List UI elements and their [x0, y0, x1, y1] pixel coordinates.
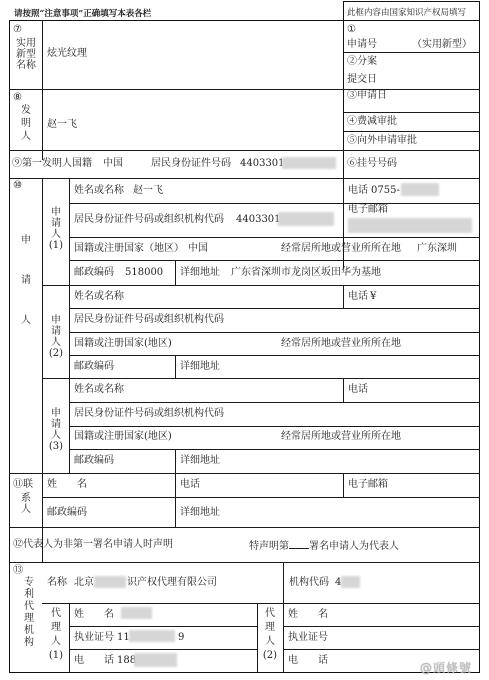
first-inventor-id-label: 居民身份证件号码	[151, 158, 231, 170]
row-line	[42, 497, 480, 498]
form-instruction: 请按照“注意事项”正确填写本表各栏	[14, 8, 151, 20]
label-line: 理	[14, 613, 44, 625]
office-item1-label: 申请号	[347, 39, 377, 51]
agent-2-name-label: 姓 名	[288, 609, 328, 621]
applicant-1-residence-label: 经常居所地或营业所所在地	[281, 243, 401, 255]
inventor-name-field[interactable]: 赵一飞	[47, 119, 77, 131]
redacted-block	[94, 576, 126, 588]
row-line	[343, 131, 480, 132]
table-left-border	[9, 20, 10, 673]
office-box-left-border-top	[343, 1, 344, 20]
label-line: (2)	[43, 348, 69, 359]
row-line	[69, 237, 480, 238]
applicant-2-name-label: 姓名或名称	[74, 291, 124, 303]
agency-name-label: 名称	[47, 577, 67, 589]
utility-model-name-field[interactable]: 炫光纹理	[47, 48, 87, 60]
contact-label-head: ⑪联	[13, 479, 33, 491]
row-line	[283, 626, 480, 627]
office-item5-label: ⑤向外申请审批	[347, 135, 417, 147]
office-item2-label: ②分案	[347, 56, 377, 68]
applicant-3-id-label: 居民身份证件号码或组织机构代码	[74, 408, 224, 420]
col-line	[69, 178, 70, 474]
label-line: 代	[257, 607, 283, 621]
label-line: 代	[14, 601, 44, 613]
col-line	[175, 449, 176, 473]
label-line: 代	[43, 607, 69, 621]
label-line: 人	[43, 337, 69, 348]
row-line	[9, 178, 480, 179]
row-line	[9, 527, 480, 528]
label-line: 实用	[11, 38, 41, 49]
first-inventor-nationality-field[interactable]: 中国	[103, 158, 123, 170]
contact-num: ⑪	[13, 479, 23, 490]
row-line	[9, 473, 480, 474]
watermark: @頭條號	[420, 659, 472, 676]
row-line	[69, 449, 480, 450]
redacted-block	[121, 607, 152, 619]
applicants-label: 申 请 人	[11, 221, 41, 341]
applicant-3-label: 申 请 人 (3)	[43, 408, 69, 452]
table-right-border	[479, 20, 480, 673]
applicant-3-name-label: 姓名或名称	[74, 384, 124, 396]
row-line	[69, 308, 480, 309]
row-line	[69, 355, 480, 356]
applicant-2-address-label: 详细地址	[180, 361, 220, 373]
applicant-1-id-label: 居民身份证件号码或组织机构代码	[74, 214, 224, 226]
row-line	[9, 150, 480, 151]
contact-phone-label: 电话	[180, 479, 200, 491]
agent-1-license-label: 执业证号	[74, 632, 114, 644]
redacted-block	[129, 630, 175, 642]
inventor-num: ⑧	[13, 92, 22, 104]
col-line	[343, 285, 344, 308]
row-line	[42, 285, 480, 286]
row-line	[283, 649, 480, 650]
office-item6-label: ⑥挂号号码	[347, 158, 397, 170]
label-line: 名称	[11, 60, 41, 71]
contact-postcode-label: 邮政编码	[47, 507, 87, 519]
office-item1-type: （实用新型）	[412, 39, 472, 51]
agency-code-label: 机构代码	[289, 577, 329, 589]
agent-2-label: 代 理 人 (2)	[257, 607, 283, 663]
applicant-order-blank[interactable]	[289, 539, 309, 549]
label-line: 发	[11, 104, 41, 117]
label-line: 明	[11, 117, 41, 130]
redacted-block	[401, 183, 439, 196]
redacted-email	[348, 218, 472, 233]
label-line: 人	[43, 229, 69, 240]
label-line: 系	[11, 493, 41, 504]
applicant-2-country-label: 国籍或注册国家(地区)	[74, 338, 172, 350]
office-item3-label: ③申请日	[347, 90, 387, 102]
row-line	[9, 562, 480, 563]
col-line	[343, 378, 344, 402]
representative-label: ⑫代表人为非第一署名申请人时声明	[13, 539, 173, 551]
applicant-1-address-label: 详细地址	[180, 267, 220, 279]
row-line	[69, 203, 480, 204]
applicant-3-country-label: 国籍或注册国家(地区)	[74, 431, 172, 443]
label-line: 理	[257, 621, 283, 635]
row-line	[42, 378, 480, 379]
applicant-1-name-label: 姓名或名称	[74, 185, 124, 197]
contact-email-label: 电子邮箱	[348, 479, 388, 491]
inventor-label: 发 明 人	[11, 104, 41, 143]
label-line: (3)	[43, 441, 69, 452]
label-line: 请	[11, 261, 41, 301]
applicant-1-phone-label: 电话	[348, 185, 368, 197]
applicant-3-postcode-label: 邮政编码	[74, 455, 114, 467]
label-line: 请	[43, 218, 69, 229]
label-line: 申	[11, 221, 41, 261]
col-line	[343, 178, 344, 237]
applicants-num: ⑩	[13, 180, 22, 192]
contact-label: 系 人	[11, 493, 41, 515]
col-line	[283, 562, 284, 672]
office-box-top-border	[343, 1, 480, 2]
row-line	[69, 626, 257, 627]
applicant-2-phone-field[interactable]: ¥	[370, 291, 376, 303]
applicant-1-residence-field[interactable]: 广东深圳	[417, 243, 457, 255]
first-inventor-label: ⑨第一发明人国籍	[12, 158, 92, 170]
row-line	[42, 603, 480, 604]
col-line	[69, 603, 70, 672]
representative-statement: 特声明第署名申请人为代表人	[249, 539, 399, 553]
label-line: 构	[14, 637, 44, 649]
table-top-border	[9, 20, 480, 21]
applicant-2-phone-label: 电话	[348, 291, 368, 303]
label-line: 新型	[11, 49, 41, 60]
applicant-1-postcode-field[interactable]: 518000	[125, 267, 163, 279]
applicant-1-label: 申 请 人 (1)	[43, 207, 69, 251]
applicant-2-postcode-label: 邮政编码	[74, 361, 114, 373]
row-line	[69, 332, 480, 333]
utility-model-label: 实用 新型 名称	[11, 38, 41, 71]
agency-label: 专 利 代 理 机 构	[14, 577, 44, 649]
col-line	[175, 473, 176, 527]
statement-prefix: 特声明第	[249, 541, 289, 552]
agency-name-suffix[interactable]: 识产权代理有限公司	[127, 577, 217, 589]
agent-1-name-label: 姓 名	[74, 609, 114, 621]
utility-model-num: ⑦	[13, 24, 22, 36]
redacted-block	[341, 576, 360, 588]
applicant-1-country-field[interactable]: 中国	[188, 243, 208, 255]
label-line: 利	[14, 589, 44, 601]
redacted-block	[134, 653, 177, 667]
agent-1-license-prefix[interactable]: 11	[117, 632, 130, 644]
contact-address-label: 详细地址	[180, 507, 220, 519]
col-line	[42, 20, 43, 160]
label-line: 人	[257, 635, 283, 649]
label-line: 申	[43, 315, 69, 326]
col-line	[343, 473, 344, 497]
col-line	[175, 355, 176, 378]
office-box-title: 此框内容由国家知识产权局填写	[347, 7, 466, 19]
row-line	[343, 52, 480, 53]
label-line: 申	[43, 408, 69, 419]
agency-name-prefix[interactable]: 北京	[74, 577, 94, 589]
applicant-1-phone-field[interactable]: 0755-	[371, 185, 400, 197]
office-item1-num: ①	[347, 24, 356, 36]
office-item4-label: ④费减审批	[347, 116, 397, 128]
label-line: 申	[43, 207, 69, 218]
office-box-right-border-top	[479, 1, 480, 20]
agent-1-label: 代 理 人 (1)	[43, 607, 69, 663]
label-line: 人	[11, 301, 41, 341]
label-line: 人	[43, 430, 69, 441]
applicant-3-address-label: 详细地址	[180, 455, 220, 467]
agent-2-phone-label: 电 话	[288, 655, 328, 667]
row-line	[69, 260, 480, 261]
agency-num: ⑬	[13, 565, 23, 577]
agent-1-phone-label: 电 话	[74, 655, 114, 667]
label-line: 专	[14, 577, 44, 589]
applicant-1-country-label: 国籍或注册国家（地区）	[74, 243, 184, 255]
label-line: 人	[43, 635, 69, 649]
label-line: (2)	[257, 649, 283, 663]
label-line: 联	[23, 479, 33, 490]
redacted-block	[282, 157, 336, 169]
applicant-2-residence-label: 经常居所地或营业所所在地	[281, 338, 401, 350]
applicant-2-id-label: 居民身份证件号码或组织机构代码	[74, 314, 224, 326]
statement-suffix: 署名申请人为代表人	[309, 541, 399, 552]
redacted-block	[278, 212, 334, 226]
applicant-3-phone-label: 电话	[348, 384, 368, 396]
applicant-1-postcode-label: 邮政编码	[74, 267, 114, 279]
row-line	[69, 402, 480, 403]
row-line	[69, 426, 480, 427]
applicant-1-name-field[interactable]: 赵一飞	[133, 185, 163, 197]
applicant-2-label: 申 请 人 (2)	[43, 315, 69, 359]
label-line: 机	[14, 625, 44, 637]
label-line: 理	[43, 621, 69, 635]
applicant-1-email-label: 电子邮箱	[348, 204, 388, 216]
agent-2-license-label: 执业证号	[288, 632, 328, 644]
label-line: 人	[11, 504, 41, 515]
label-line: 人	[11, 130, 41, 143]
table-bottom-border	[9, 672, 480, 673]
row-line	[69, 649, 257, 650]
row-line	[9, 89, 480, 90]
contact-name-label: 姓 名	[47, 479, 87, 491]
label-line: 请	[43, 326, 69, 337]
label-line: (1)	[43, 649, 69, 663]
label-line: (1)	[43, 240, 69, 251]
label-line: 请	[43, 419, 69, 430]
applicant-1-address-field[interactable]: 广东省深圳市龙岗区坂田华为基地	[231, 267, 381, 279]
col-line	[175, 260, 176, 285]
applicant-3-residence-label: 经常居所地或营业所所在地	[281, 431, 401, 443]
office-item2-sub: 提交日	[347, 74, 377, 86]
agent-1-license-suffix[interactable]: 9	[178, 632, 184, 644]
row-line	[343, 112, 480, 113]
